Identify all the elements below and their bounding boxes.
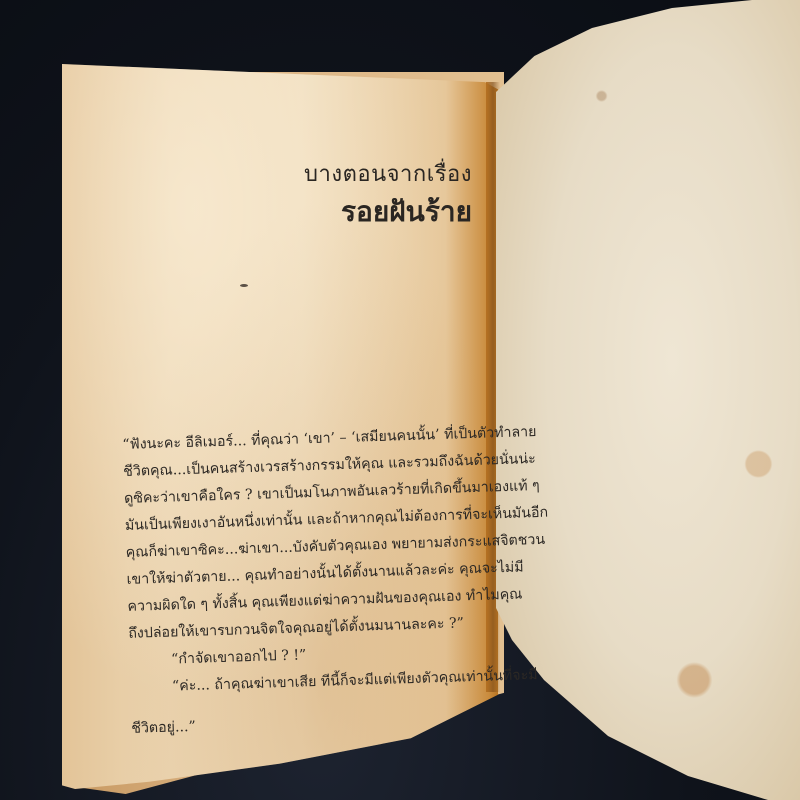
right-page-blank: [496, 0, 800, 800]
chapter-heading: บางตอนจากเรื่อง รอยฝันร้าย: [304, 160, 472, 232]
heading-subtitle: บางตอนจากเรื่อง: [304, 160, 472, 190]
ink-speck: [240, 284, 248, 287]
heading-title: รอยฝันร้าย: [304, 192, 472, 232]
book-photo: บางตอนจากเรื่อง รอยฝันร้าย “ฟังนะคะ อีลิ…: [0, 0, 800, 800]
excerpt-body: “ฟังนะคะ อีลิเมอร์... ที่คุณว่า ‘เขา’ – …: [122, 420, 504, 743]
